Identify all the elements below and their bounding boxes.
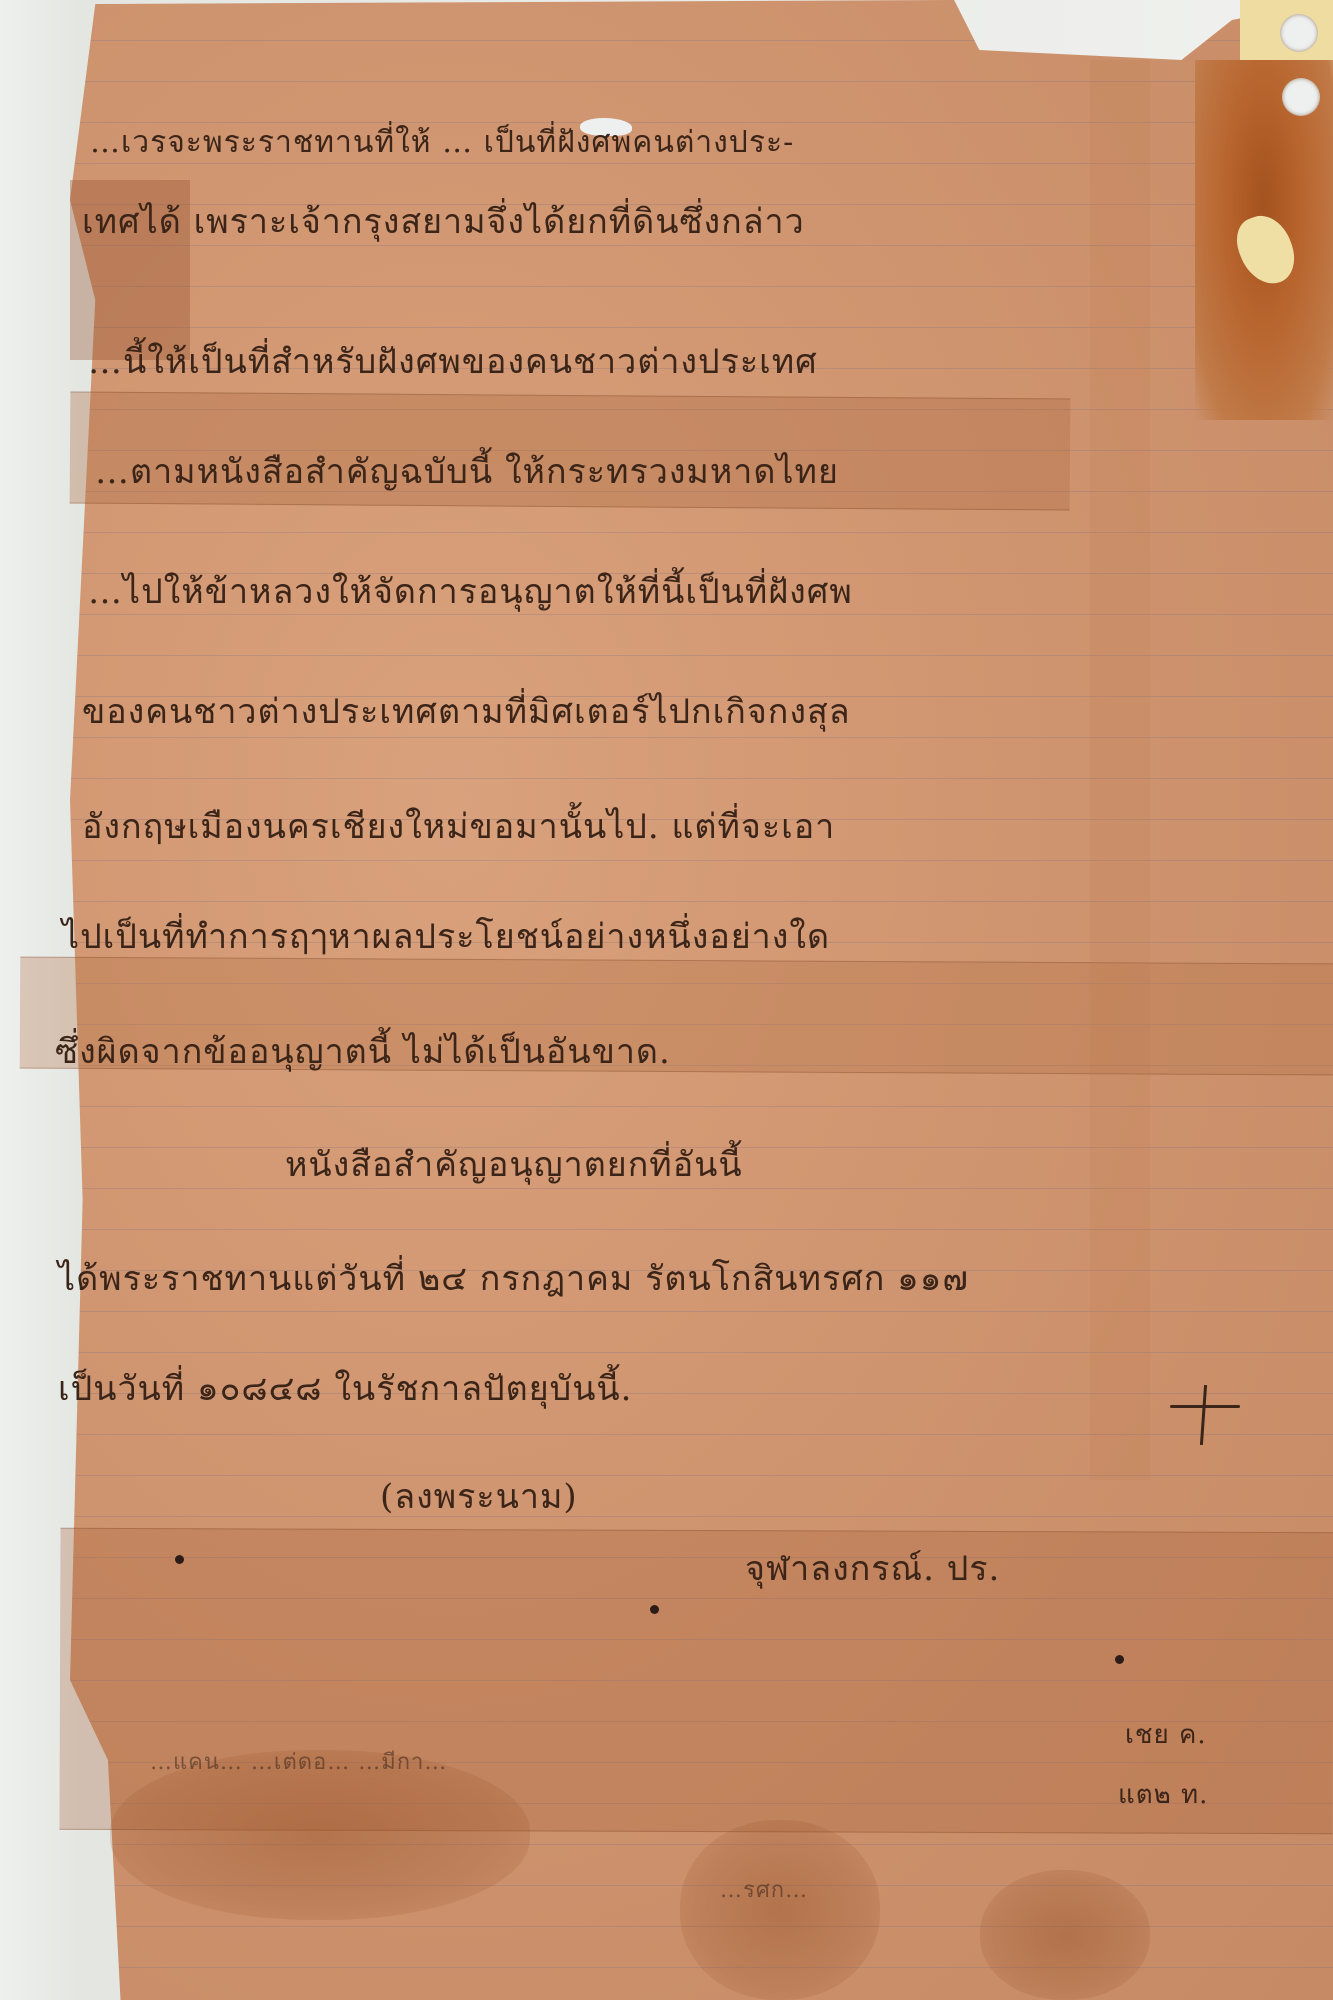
tape-strip [70,392,1071,511]
text-line-8: ไปเป็นที่ทำการฤๅหาผลประโยชน์อย่างหนึ่งอย… [62,920,830,954]
faint-text: …แคน… …เต่ดอ… …มีกา… [150,1752,447,1774]
water-stain [680,1820,880,2000]
tape-strip-vertical [1090,60,1150,1480]
royal-signature: จุฬาลงกรณ์. ปร. [745,1552,1000,1586]
text-line-1: …เวรจะพระราชทานที่ให้ … เป็นที่ฝังศพคนต่… [90,128,794,158]
faint-text: …รศก… [720,1880,808,1902]
punch-hole [1282,78,1320,116]
margin-note-1: เชย ค. [1125,1722,1207,1748]
closing-heading: หนังสือสำคัญอนุญาตยกที่อันนี้ [285,1148,743,1182]
text-line-4: …ตามหนังสือสำคัญฉบับนี้ ให้กระทรวงมหาดไท… [95,455,839,489]
cross-mark [1170,1385,1240,1445]
text-line-3: …นี้ให้เป็นที่สำหรับฝังศพของคนชาวต่างประ… [88,345,818,379]
text-line-9: ซึ่งผิดจากข้ออนุญาตนี้ ไม่ได้เป็นอันขาด. [55,1035,671,1069]
date-line-2: เป็นวันที่ ๑๐๘๔๘ ในรัชกาลปัตยุบันนี้. [58,1372,633,1406]
punch-hole [1280,14,1318,52]
text-line-5: …ไปให้ข้าหลวงให้จัดการอนุญาตให้ที่นี้เป็… [88,575,853,609]
date-line-1: ได้พระราชทานแต่วันที่ ๒๔ กรกฎาคม รัตนโกส… [58,1262,969,1296]
text-line-6: ของคนชาวต่างประเทศตามที่มิศเตอร์ไปกเกิจก… [82,695,851,729]
signature-note: (ลงพระนาม) [380,1480,578,1514]
text-line-7: อังกฤษเมืองนครเชียงใหม่ขอมานั้นไป. แต่ที… [82,810,835,844]
ink-dot [1115,1655,1124,1664]
text-line-2: เทศได้ เพราะเจ้ากรุงสยามจึ่งได้ยกที่ดินซ… [82,205,805,239]
water-stain [980,1870,1150,2000]
ink-dot [175,1555,184,1564]
water-stain [110,1750,530,1920]
ink-dot [650,1605,659,1614]
margin-note-2: แต๒ ท. [1118,1782,1208,1808]
